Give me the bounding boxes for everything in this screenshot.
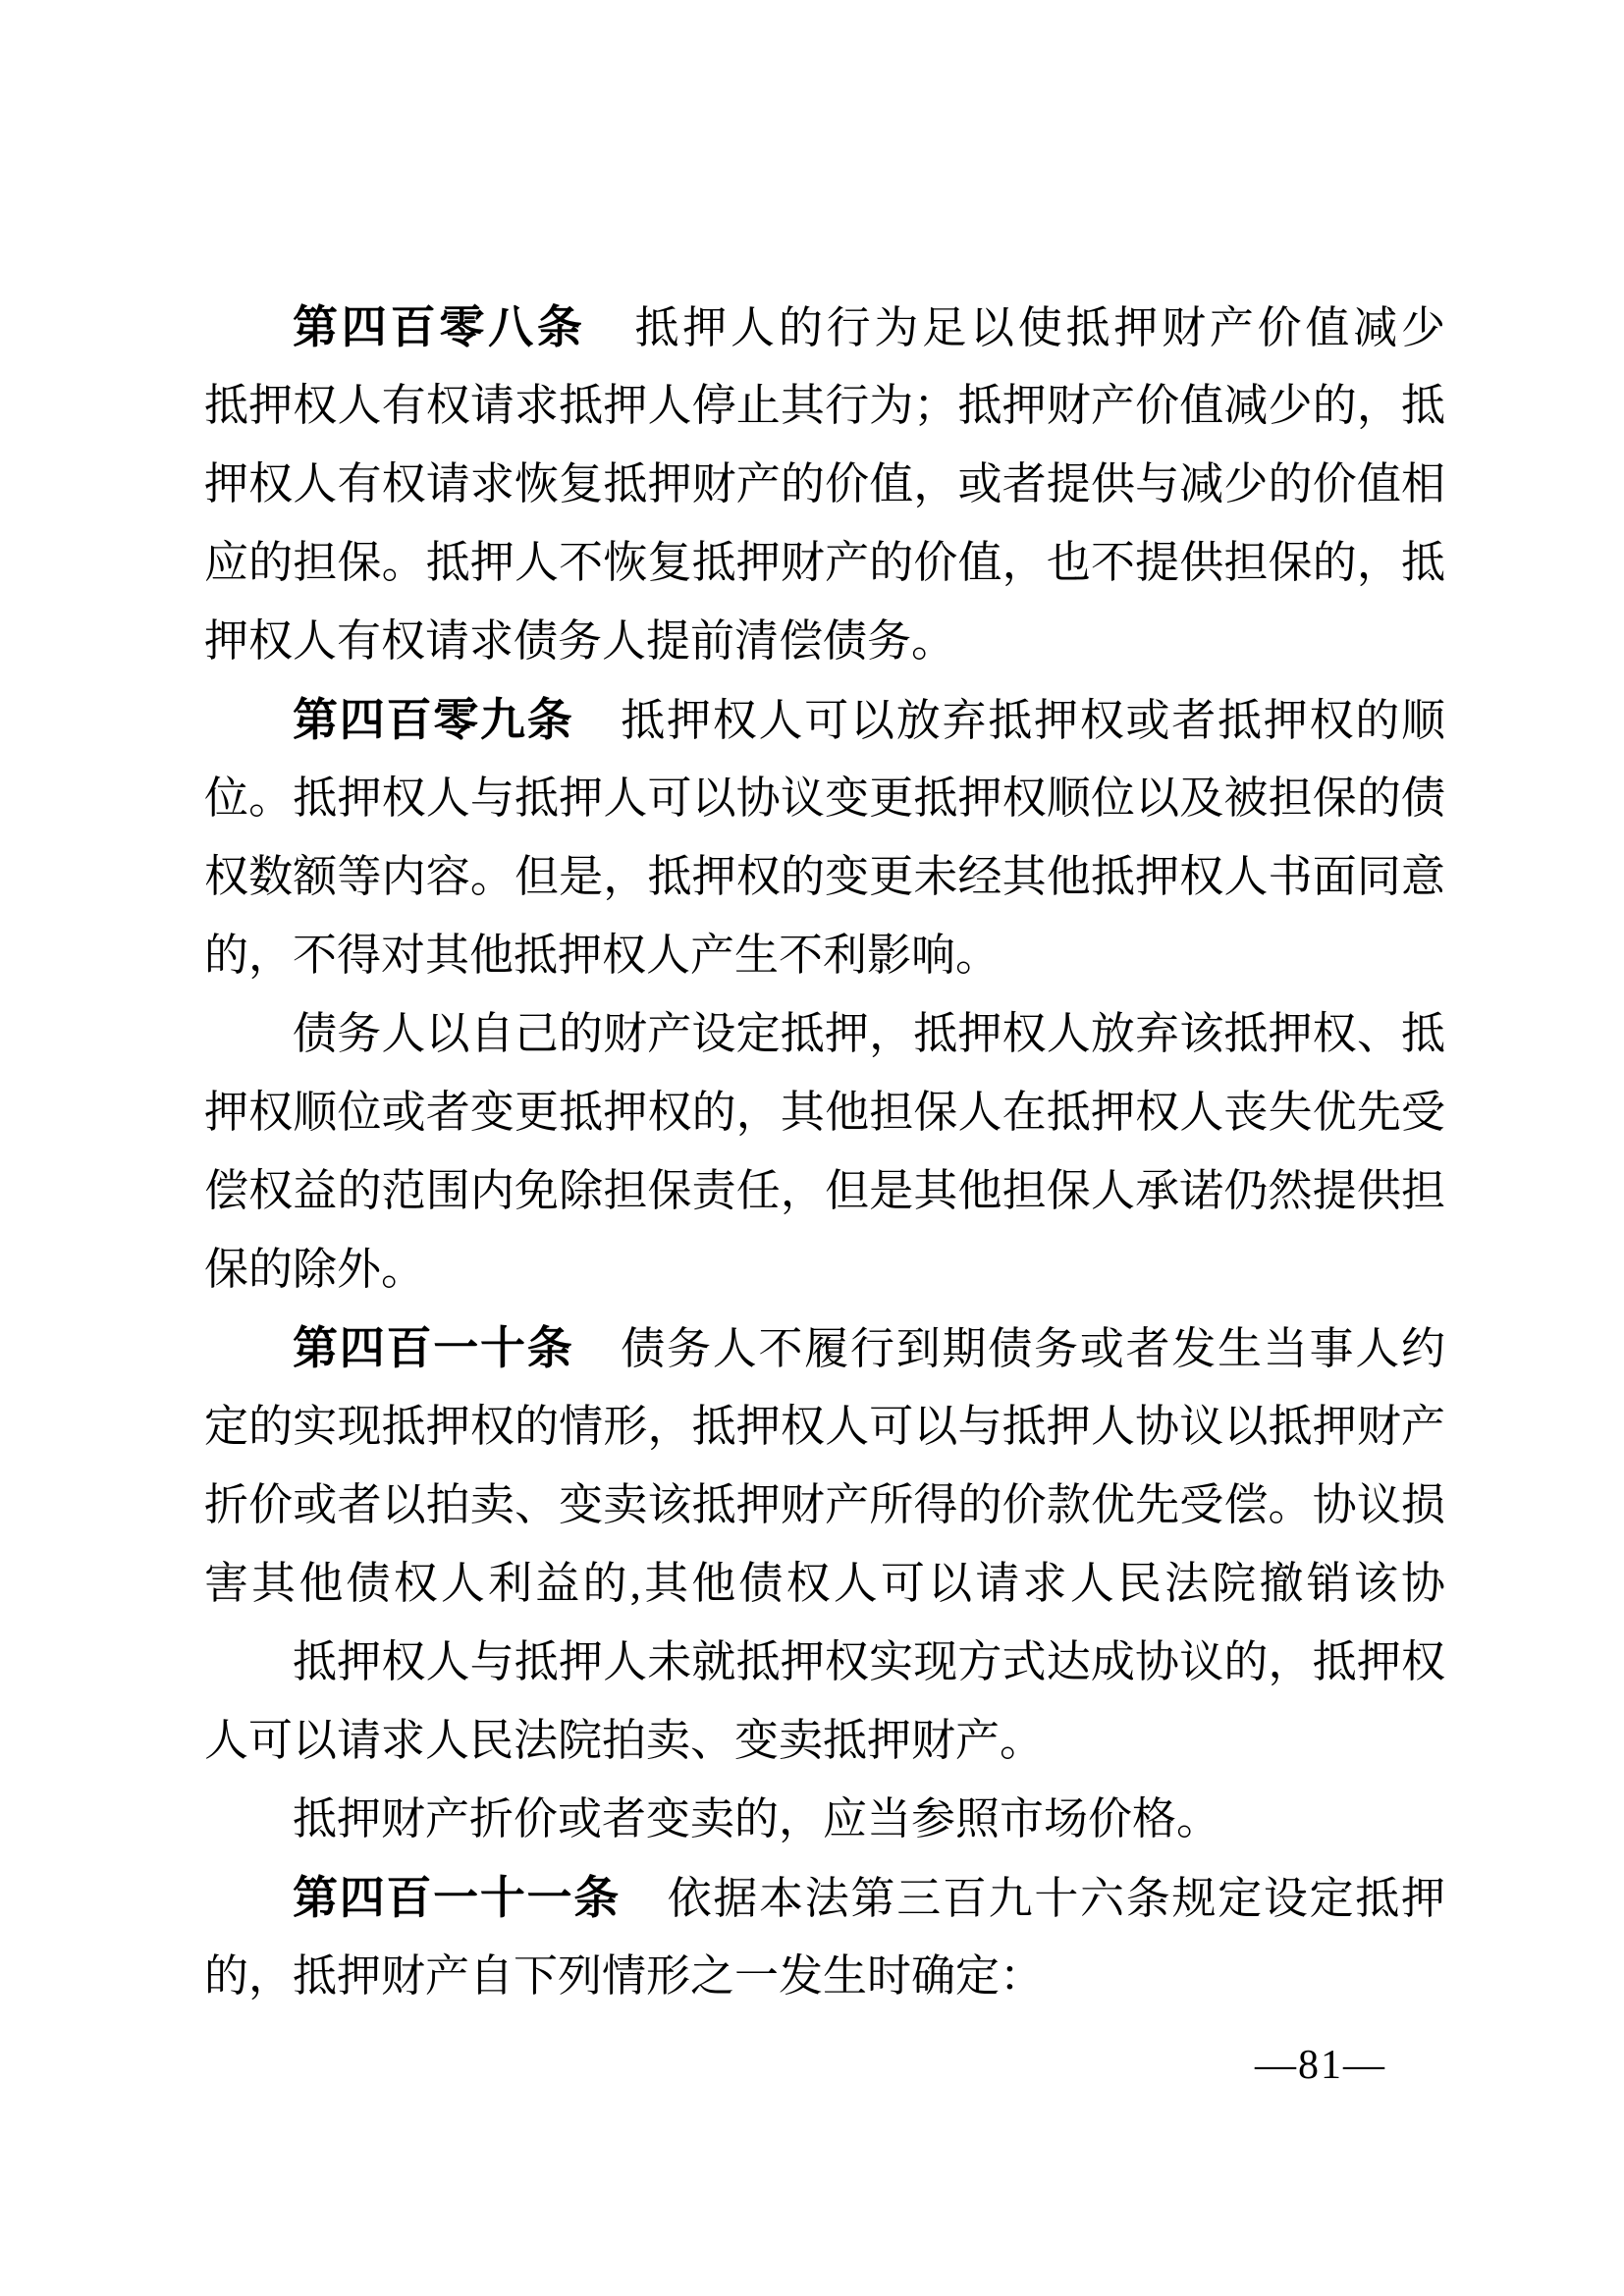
text-line: 押权人有权请求债务人提前清偿债务。 — [204, 602, 1445, 680]
text-line: 抵押财产折价或者变卖的，应当参照市场价格。 — [204, 1780, 1445, 1858]
text-line: 定的实现抵押权的情形，抵押权人可以与抵押人协议以抵押财产 — [204, 1387, 1445, 1466]
text-line: 第四百一十一条依据本法第三百九十六条规定设定抵押 — [204, 1858, 1445, 1937]
paragraph: 抵押财产折价或者变卖的，应当参照市场价格。 — [204, 1780, 1445, 1858]
text-line: 偿权益的范围内免除担保责任，但是其他担保人承诺仍然提供担 — [204, 1151, 1445, 1230]
text-line: 债务人以自己的财产设定抵押，抵押权人放弃该抵押权、抵 — [204, 994, 1445, 1073]
article-number: 第四百零八条 — [293, 300, 586, 353]
article-number: 第四百零九条 — [293, 693, 574, 746]
text-line: 第四百零九条抵押权人可以放弃抵押权或者抵押权的顺 — [204, 680, 1445, 759]
text-line: 的，不得对其他抵押权人产生不利影响。 — [204, 916, 1445, 994]
text-line: 位。抵押权人与抵押人可以协议变更抵押权顺位以及被担保的债 — [204, 759, 1445, 837]
text-line: 害其他债权人利益的,其他债权人可以请求人民法院撤销该协议。 — [204, 1544, 1445, 1623]
text-line: 第四百一十条债务人不履行到期债务或者发生当事人约 — [204, 1308, 1445, 1387]
paragraph: 抵押权人与抵押人未就抵押权实现方式达成协议的，抵押权人可以请求人民法院拍卖、变卖… — [204, 1623, 1445, 1780]
paragraph: 债务人以自己的财产设定抵押，抵押权人放弃该抵押权、抵押权顺位或者变更抵押权的，其… — [204, 994, 1445, 1308]
article-number: 第四百一十条 — [293, 1321, 574, 1374]
text-line: 抵押权人有权请求抵押人停止其行为；抵押财产价值减少的，抵 — [204, 366, 1445, 445]
line-text: 债务人不履行到期债务或者发生当事人约 — [620, 1324, 1446, 1373]
text-line: 第四百零八条抵押人的行为足以使抵押财产价值减少的， — [204, 288, 1445, 366]
line-text: 依据本法第三百九十六条规定设定抵押 — [666, 1874, 1445, 1923]
article-paragraph: 第四百零九条抵押权人可以放弃抵押权或者抵押权的顺位。抵押权人与抵押人可以协议变更… — [204, 680, 1445, 994]
text-line: 押权顺位或者变更抵押权的，其他担保人在抵押权人丧失优先受 — [204, 1073, 1445, 1151]
text-line: 的，抵押财产自下列情形之一发生时确定： — [204, 1937, 1445, 2015]
article-number: 第四百一十一条 — [293, 1871, 621, 1924]
text-block: 第四百零八条抵押人的行为足以使抵押财产价值减少的，抵押权人有权请求抵押人停止其行… — [204, 288, 1445, 2015]
text-line: 抵押权人与抵押人未就抵押权实现方式达成协议的，抵押权 — [204, 1623, 1445, 1701]
article-paragraph: 第四百一十条债务人不履行到期债务或者发生当事人约定的实现抵押权的情形，抵押权人可… — [204, 1308, 1445, 1623]
page-number: —81— — [1255, 2030, 1386, 2101]
text-line: 人可以请求人民法院拍卖、变卖抵押财产。 — [204, 1701, 1445, 1780]
article-paragraph: 第四百零八条抵押人的行为足以使抵押财产价值减少的，抵押权人有权请求抵押人停止其行… — [204, 288, 1445, 680]
text-line: 折价或者以拍卖、变卖该抵押财产所得的价款优先受偿。协议损 — [204, 1466, 1445, 1544]
article-paragraph: 第四百一十一条依据本法第三百九十六条规定设定抵押的，抵押财产自下列情形之一发生时… — [204, 1858, 1445, 2015]
document-page: 第四百零八条抵押人的行为足以使抵押财产价值减少的，抵押权人有权请求抵押人停止其行… — [0, 0, 1624, 2296]
text-line: 应的担保。抵押人不恢复抵押财产的价值，也不提供担保的，抵 — [204, 523, 1445, 602]
line-text: 抵押权人可以放弃抵押权或者抵押权的顺 — [620, 696, 1446, 745]
text-line: 押权人有权请求恢复抵押财产的价值，或者提供与减少的价值相 — [204, 445, 1445, 523]
text-line: 保的除外。 — [204, 1230, 1445, 1308]
text-line: 权数额等内容。但是，抵押权的变更未经其他抵押权人书面同意 — [204, 837, 1445, 916]
